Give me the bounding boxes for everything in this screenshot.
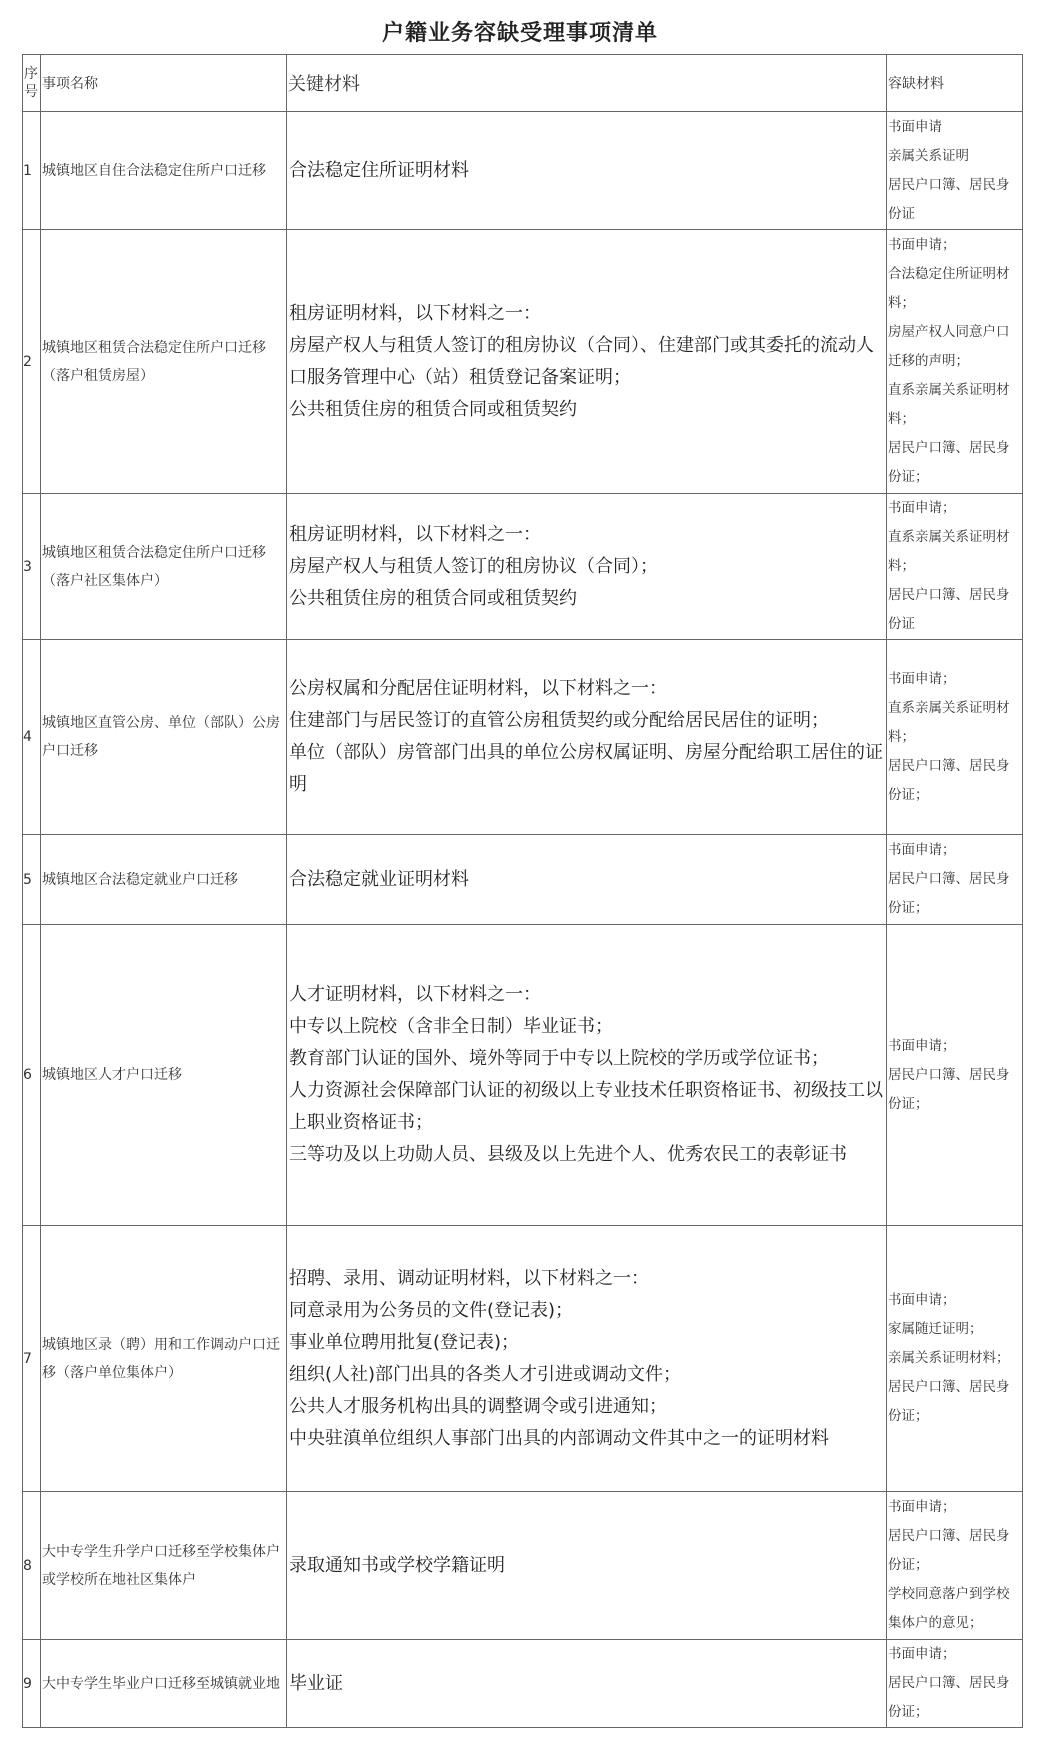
cell-deferrable-materials: 书面申请；直系亲属关系证明材料；居民户口簿、居民身份证；	[887, 640, 1023, 835]
cell-deferrable-materials: 书面申请；家属随迁证明；亲属关系证明材料；居民户口簿、居民身份证；	[887, 1226, 1023, 1492]
cell-key-materials: 合法稳定就业证明材料	[287, 835, 887, 925]
cell-key-materials: 租房证明材料，以下材料之一：房屋产权人与租赁人签订的租房协议（合同）、住建部门或…	[287, 230, 887, 494]
deferrable-material-line: 书面申请；	[888, 665, 1021, 694]
key-material-line: 人才证明材料，以下材料之一：	[289, 979, 885, 1011]
key-material-line: 公房权属和分配居住证明材料，以下材料之一：	[289, 673, 885, 705]
key-material-line: 租房证明材料，以下材料之一：	[289, 519, 885, 551]
deferrable-material-line: 直系亲属关系证明材料；	[888, 694, 1021, 752]
table-row: 1城镇地区自住合法稳定住所户口迁移合法稳定住所证明材料书面申请亲属关系证明居民户…	[23, 112, 1023, 230]
cell-key-materials: 合法稳定住所证明材料	[287, 112, 887, 230]
table-row: 5城镇地区合法稳定就业户口迁移合法稳定就业证明材料书面申请；居民户口簿、居民身份…	[23, 835, 1023, 925]
cell-serial-number: 5	[23, 835, 41, 925]
cell-key-materials: 招聘、录用、调动证明材料，以下材料之一：同意录用为公务员的文件(登记表)；事业单…	[287, 1226, 887, 1492]
requirements-table: 序 号 事项名称 关键材料 容缺材料 1城镇地区自住合法稳定住所户口迁移合法稳定…	[22, 54, 1023, 1728]
cell-deferrable-materials: 书面申请；居民户口簿、居民身份证；学校同意落户到学校集体户的意见；	[887, 1492, 1023, 1640]
deferrable-material-line: 居民户口簿、居民身份证；	[888, 1373, 1021, 1431]
deferrable-material-line: 书面申请；	[888, 1032, 1021, 1061]
cell-serial-number: 1	[23, 112, 41, 230]
deferrable-material-line: 书面申请	[888, 113, 1021, 142]
header-item-name: 事项名称	[41, 55, 287, 112]
deferrable-material-line: 合法稳定住所证明材料；	[888, 260, 1021, 318]
cell-serial-number: 4	[23, 640, 41, 835]
key-material-line: 房屋产权人与租赁人签订的租房协议（合同）、住建部门或其委托的流动人口服务管理中心…	[289, 330, 885, 394]
key-material-line: 合法稳定就业证明材料	[289, 864, 885, 896]
key-material-line: 毕业证	[289, 1668, 885, 1700]
key-material-line: 合法稳定住所证明材料	[289, 155, 885, 187]
key-material-line: 教育部门认证的国外、境外等同于中专以上院校的学历或学位证书；	[289, 1043, 885, 1075]
cell-key-materials: 人才证明材料，以下材料之一：中专以上院校（含非全日制）毕业证书；教育部门认证的国…	[287, 925, 887, 1226]
deferrable-material-line: 直系亲属关系证明材料；	[888, 376, 1021, 434]
deferrable-material-line: 书面申请；	[888, 231, 1021, 260]
deferrable-material-line: 书面申请；	[888, 836, 1021, 865]
cell-deferrable-materials: 书面申请亲属关系证明居民户口簿、居民身份证	[887, 112, 1023, 230]
cell-item-name: 城镇地区租赁合法稳定住所户口迁移（落户社区集体户）	[41, 494, 287, 640]
deferrable-material-line: 房屋产权人同意户口迁移的声明；	[888, 318, 1021, 376]
cell-serial-number: 9	[23, 1640, 41, 1728]
cell-serial-number: 2	[23, 230, 41, 494]
table-row: 3城镇地区租赁合法稳定住所户口迁移（落户社区集体户）租房证明材料，以下材料之一：…	[23, 494, 1023, 640]
deferrable-material-line: 居民户口簿、居民身份证	[888, 581, 1021, 639]
table-row: 6城镇地区人才户口迁移人才证明材料，以下材料之一：中专以上院校（含非全日制）毕业…	[23, 925, 1023, 1226]
table-row: 9大中专学生毕业户口迁移至城镇就业地毕业证书面申请；居民户口簿、居民身份证；	[23, 1640, 1023, 1728]
cell-item-name: 大中专学生升学户口迁移至学校集体户或学校所在地社区集体户	[41, 1492, 287, 1640]
key-material-line: 组织(人社)部门出具的各类人才引进或调动文件；	[289, 1359, 885, 1391]
key-material-line: 公共租赁住房的租赁合同或租赁契约	[289, 583, 885, 615]
cell-item-name: 城镇地区合法稳定就业户口迁移	[41, 835, 287, 925]
key-material-line: 房屋产权人与租赁人签订的租房协议（合同）；	[289, 551, 885, 583]
deferrable-material-line: 居民户口簿、居民身份证	[888, 171, 1021, 229]
key-material-line: 公共人才服务机构出具的调整调令或引进通知；	[289, 1391, 885, 1423]
deferrable-material-line: 书面申请；	[888, 1286, 1021, 1315]
key-material-line: 招聘、录用、调动证明材料，以下材料之一：	[289, 1263, 885, 1295]
deferrable-material-line: 居民户口簿、居民身份证；	[888, 865, 1021, 923]
key-material-line: 中央驻滇单位组织人事部门出具的内部调动文件其中之一的证明材料	[289, 1423, 885, 1455]
deferrable-material-line: 亲属关系证明	[888, 142, 1021, 171]
cell-item-name: 城镇地区直管公房、单位（部队）公房户口迁移	[41, 640, 287, 835]
table-row: 4城镇地区直管公房、单位（部队）公房户口迁移公房权属和分配居住证明材料，以下材料…	[23, 640, 1023, 835]
deferrable-material-line: 居民户口簿、居民身份证；	[888, 1061, 1021, 1119]
cell-key-materials: 租房证明材料，以下材料之一：房屋产权人与租赁人签订的租房协议（合同）；公共租赁住…	[287, 494, 887, 640]
cell-key-materials: 录取通知书或学校学籍证明	[287, 1492, 887, 1640]
header-serial-number-line2: 号	[24, 83, 39, 101]
cell-serial-number: 6	[23, 925, 41, 1226]
key-material-line: 三等功及以上功勋人员、县级及以上先进个人、优秀农民工的表彰证书	[289, 1139, 885, 1171]
key-material-line: 事业单位聘用批复(登记表)；	[289, 1327, 885, 1359]
cell-serial-number: 3	[23, 494, 41, 640]
cell-serial-number: 7	[23, 1226, 41, 1492]
deferrable-material-line: 亲属关系证明材料；	[888, 1344, 1021, 1373]
cell-key-materials: 公房权属和分配居住证明材料，以下材料之一：住建部门与居民签订的直管公房租赁契约或…	[287, 640, 887, 835]
cell-deferrable-materials: 书面申请；直系亲属关系证明材料；居民户口簿、居民身份证	[887, 494, 1023, 640]
table-row: 8大中专学生升学户口迁移至学校集体户或学校所在地社区集体户录取通知书或学校学籍证…	[23, 1492, 1023, 1640]
deferrable-material-line: 居民户口簿、居民身份证；	[888, 1522, 1021, 1580]
key-material-line: 租房证明材料，以下材料之一：	[289, 298, 885, 330]
key-material-line: 住建部门与居民签订的直管公房租赁契约或分配给居民居住的证明；	[289, 705, 885, 737]
key-material-line: 单位（部队）房管部门出具的单位公房权属证明、房屋分配给职工居住的证明	[289, 737, 885, 801]
cell-deferrable-materials: 书面申请；合法稳定住所证明材料；房屋产权人同意户口迁移的声明；直系亲属关系证明材…	[887, 230, 1023, 494]
cell-item-name: 城镇地区租赁合法稳定住所户口迁移（落户租赁房屋）	[41, 230, 287, 494]
cell-item-name: 大中专学生毕业户口迁移至城镇就业地	[41, 1640, 287, 1728]
page-title: 户籍业务容缺受理事项清单	[0, 16, 1040, 47]
header-serial-number: 序 号	[23, 55, 41, 112]
key-material-line: 人力资源社会保障部门认证的初级以上专业技术任职资格证书、初级技工以上职业资格证书…	[289, 1075, 885, 1139]
deferrable-material-line: 学校同意落户到学校集体户的意见；	[888, 1580, 1021, 1638]
cell-item-name: 城镇地区自住合法稳定住所户口迁移	[41, 112, 287, 230]
table-body: 1城镇地区自住合法稳定住所户口迁移合法稳定住所证明材料书面申请亲属关系证明居民户…	[23, 112, 1023, 1728]
deferrable-material-line: 书面申请；	[888, 494, 1021, 523]
cell-deferrable-materials: 书面申请；居民户口簿、居民身份证；	[887, 1640, 1023, 1728]
header-serial-number-line1: 序	[24, 65, 39, 83]
deferrable-material-line: 直系亲属关系证明材料；	[888, 523, 1021, 581]
key-material-line: 同意录用为公务员的文件(登记表)；	[289, 1295, 885, 1327]
cell-item-name: 城镇地区人才户口迁移	[41, 925, 287, 1226]
key-material-line: 公共租赁住房的租赁合同或租赁契约	[289, 394, 885, 426]
table-header-row: 序 号 事项名称 关键材料 容缺材料	[23, 55, 1023, 112]
deferrable-material-line: 居民户口簿、居民身份证；	[888, 434, 1021, 492]
deferrable-material-line: 书面申请；	[888, 1493, 1021, 1522]
key-material-line: 中专以上院校（含非全日制）毕业证书；	[289, 1011, 885, 1043]
cell-item-name: 城镇地区录（聘）用和工作调动户口迁移（落户单位集体户）	[41, 1226, 287, 1492]
deferrable-material-line: 书面申请；	[888, 1640, 1021, 1669]
deferrable-material-line: 居民户口簿、居民身份证；	[888, 752, 1021, 810]
cell-serial-number: 8	[23, 1492, 41, 1640]
table-row: 2城镇地区租赁合法稳定住所户口迁移（落户租赁房屋）租房证明材料，以下材料之一：房…	[23, 230, 1023, 494]
cell-deferrable-materials: 书面申请；居民户口簿、居民身份证；	[887, 835, 1023, 925]
header-deferrable-materials: 容缺材料	[887, 55, 1023, 112]
header-key-materials: 关键材料	[287, 55, 887, 112]
cell-deferrable-materials: 书面申请；居民户口簿、居民身份证；	[887, 925, 1023, 1226]
cell-key-materials: 毕业证	[287, 1640, 887, 1728]
deferrable-material-line: 居民户口簿、居民身份证；	[888, 1669, 1021, 1727]
table-row: 7城镇地区录（聘）用和工作调动户口迁移（落户单位集体户）招聘、录用、调动证明材料…	[23, 1226, 1023, 1492]
deferrable-material-line: 家属随迁证明；	[888, 1315, 1021, 1344]
key-material-line: 录取通知书或学校学籍证明	[289, 1550, 885, 1582]
